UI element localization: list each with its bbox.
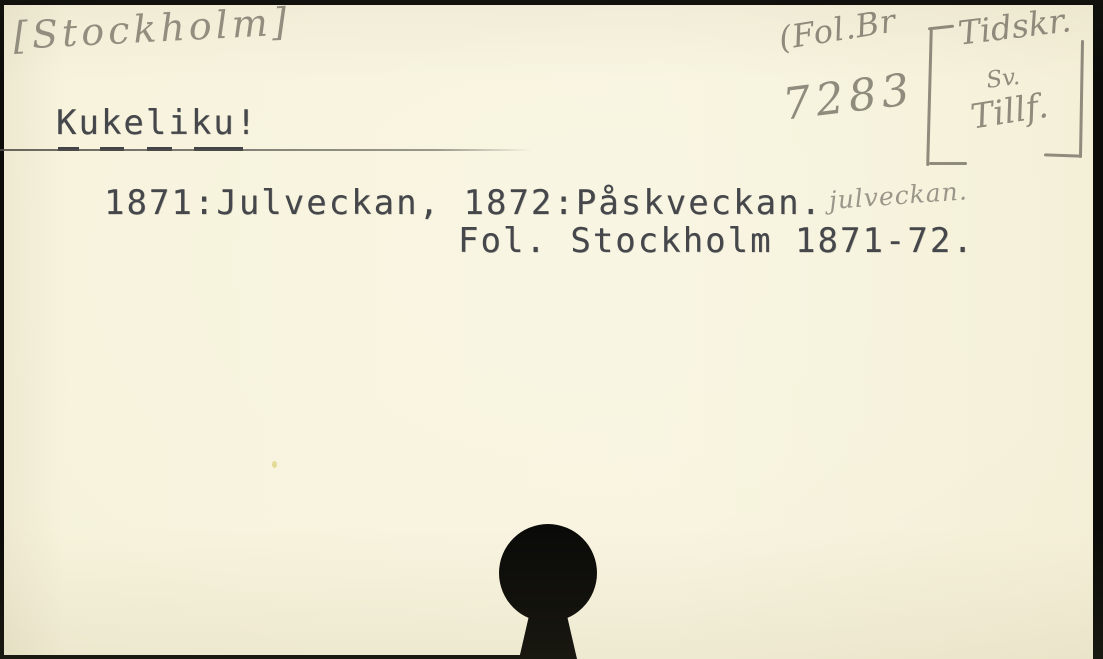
shelfmark-label-tillf: Tillf. <box>968 86 1051 138</box>
shelfmark-bracket-left <box>926 28 933 166</box>
typed-line-1: 1871:Julveckan, 1872:Påskveckan. <box>104 183 823 223</box>
scan-edge-left <box>0 0 4 659</box>
keyhole-punch-icon <box>478 519 618 659</box>
handwritten-note: julveckan. <box>828 176 969 215</box>
scan-edge-bottom <box>0 655 556 659</box>
shelfmark-bracket-right <box>1044 153 1082 157</box>
shelfmark-label-tidskr: Tidskr. <box>956 0 1073 53</box>
shelfmark-bracket-right <box>1079 40 1084 158</box>
card-blemish <box>272 461 277 468</box>
shelfmark-prefix: (Fol.Br <box>776 1 899 57</box>
scan-edge-top <box>0 0 1103 5</box>
card-title: Kukeliku! <box>56 103 258 143</box>
shelfmark-bracket-left <box>929 162 967 165</box>
handwritten-place-annotation: [Stockholm] <box>12 0 292 58</box>
title-rule <box>0 149 532 151</box>
shelfmark-number: 7283 <box>780 64 917 131</box>
scan-edge-right <box>1093 0 1103 659</box>
typed-line-2: Fol. Stockholm 1871-72. <box>458 221 975 261</box>
catalog-card: [Stockholm] Kukeliku! 1871:Julveckan, 18… <box>0 0 1103 659</box>
